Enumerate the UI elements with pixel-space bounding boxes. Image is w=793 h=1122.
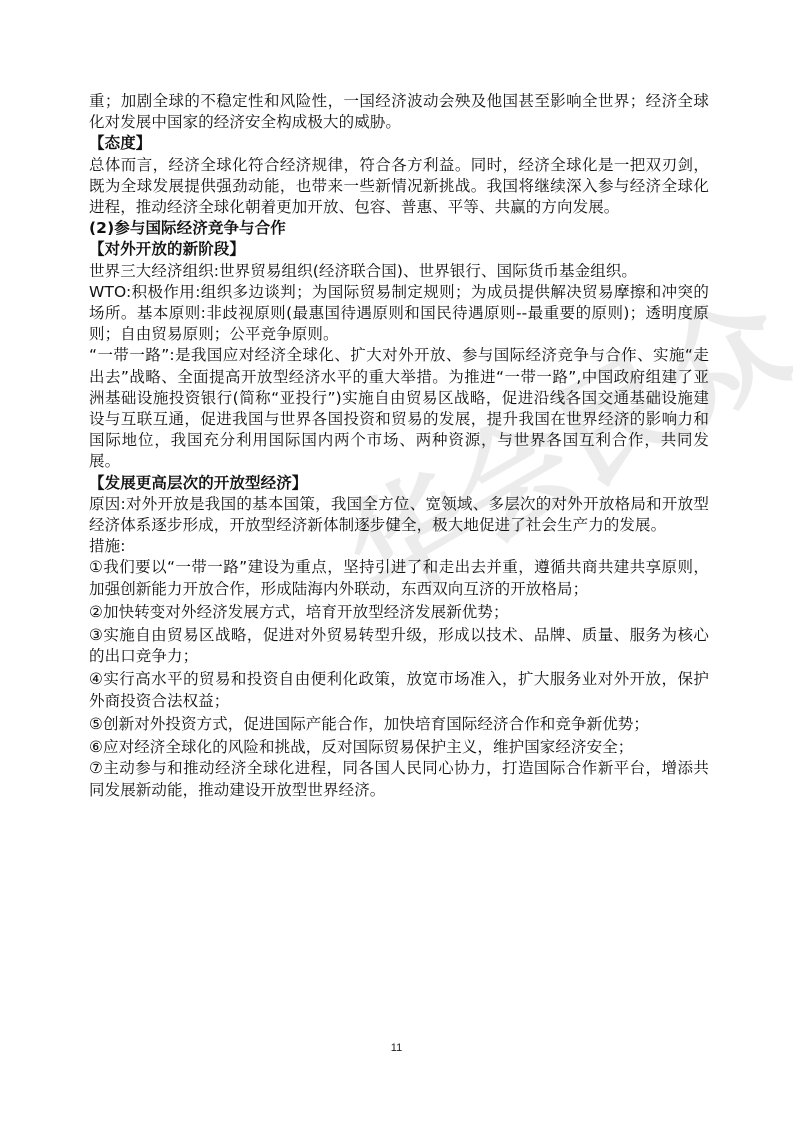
- measure-item-2: ②加快转变对外经济发展方式，培育开放型经济发展新优势；: [89, 602, 709, 623]
- paragraph-globalization-risks: 重；加剧全球的不稳定性和风险性，一国经济波动会殃及他国甚至影响全世界；经济全球化…: [89, 91, 709, 133]
- paragraph-three-organizations: 世界三大经济组织:世界贸易组织(经济联合国)、世界银行、国际货币基金组织。: [89, 261, 709, 282]
- measure-item-7: ⑦主动参与和推动经济全球化进程，同各国人民同心协力，打造国际合作新平台，增添共同…: [89, 758, 709, 800]
- measure-item-1: ①我们要以“一带一路”建设为重点，坚持引进了和走出去并重，遵循共商共建共享原则，…: [89, 557, 709, 599]
- page-body: 重；加剧全球的不稳定性和风险性，一国经济波动会殃及他国甚至影响全世界；经济全球化…: [89, 91, 709, 801]
- measure-item-4: ④实行高水平的贸易和投资自由便利化政策，放宽市场准入，扩大服务业对外开放，保护外…: [89, 669, 709, 711]
- paragraph-belt-and-road: “一带一路”:是我国应对经济全球化、扩大对外开放、参与国际经济竞争与合作、实施“…: [89, 345, 709, 472]
- paragraph-wto: WTO:积极作用:组织多边谈判；为国际贸易制定规则；为成员提供解决贸易摩擦和冲突…: [89, 282, 709, 346]
- page-number: 11: [0, 1042, 793, 1054]
- measure-item-3: ③实施自由贸易区战略，促进对外贸易转型升级，形成以技术、品牌、质量、服务为核心的…: [89, 625, 709, 667]
- measure-item-5: ⑤创新对外投资方式，促进国际产能合作，加快培育国际经济合作和竞争新优势；: [89, 714, 709, 735]
- document-page: 华会民众 重；加剧全球的不稳定性和风险性，一国经济波动会殃及他国甚至影响全世界；…: [0, 0, 793, 1122]
- heading-attitude: 【态度】: [89, 133, 709, 154]
- measure-item-6: ⑥应对经济全球化的风险和挑战，反对国际贸易保护主义，维护国家经济安全；: [89, 737, 709, 758]
- heading-new-stage-opening: 【对外开放的新阶段】: [89, 239, 709, 260]
- paragraph-reasons: 原因:对外开放是我国的基本国策，我国全方位、宽领域、多层次的对外开放格局和开放型…: [89, 494, 709, 536]
- heading-section-2: (2)参与国际经济竞争与合作: [89, 218, 709, 239]
- paragraph-attitude: 总体而言，经济全球化符合经济规律，符合各方利益。同时，经济全球化是一把双刃剑，既…: [89, 155, 709, 219]
- heading-higher-level-open-economy: 【发展更高层次的开放型经济】: [89, 473, 709, 494]
- paragraph-measures-label: 措施:: [89, 536, 709, 557]
